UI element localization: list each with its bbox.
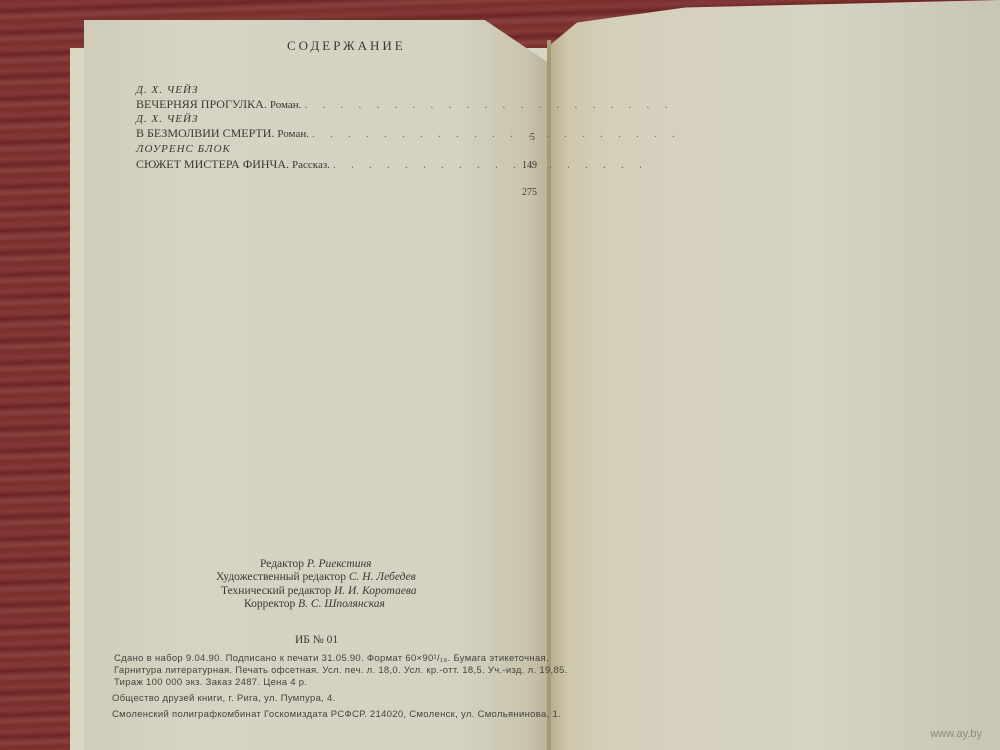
imprint-line-1: Сдано в набор 9.04.90. Подписано к печат… (114, 653, 549, 664)
toc-page-3: 275 (522, 187, 537, 198)
toc-author-2: Д. Х. ЧЕЙЗ (136, 113, 198, 125)
toc-work-2: В БЕЗМОЛВИИ СМЕРТИ. Роман. . . . . . . .… (136, 126, 681, 141)
imprint-printer: Смоленский полиграфкомбинат Госкомиздата… (112, 709, 561, 720)
credit-editor: Редактор Р. Риекстиня (260, 558, 372, 570)
imprint-line-2: Гарнитура литературная. Печать офсетная.… (114, 665, 568, 676)
imprint-line-3: Тираж 100 000 экз. Заказ 2487. Цена 4 р. (114, 677, 307, 688)
right-page-blank (550, 0, 1000, 750)
toc-work-3: СЮЖЕТ МИСТЕРА ФИНЧА. Рассказ. . . . . . … (136, 157, 648, 172)
toc-author-3: ЛОУРЕНС БЛОК (136, 143, 231, 155)
toc-page-2: 149 (522, 160, 537, 171)
toc-author-1: Д. Х. ЧЕЙЗ (136, 84, 198, 96)
book-spine-gutter (547, 40, 551, 750)
toc-page-1: 5 (530, 132, 535, 143)
toc-title: СОДЕРЖАНИЕ (287, 38, 406, 54)
credit-proofreader: Корректор В. С. Шполянская (244, 598, 385, 610)
toc-work-1: ВЕЧЕРНЯЯ ПРОГУЛКА. Роман. . . . . . . . … (136, 97, 673, 112)
ib-number: ИБ № 01 (295, 634, 338, 646)
imprint-publisher: Общество друзей книги, г. Рига, ул. Пумп… (112, 693, 336, 704)
credit-tech-editor: Технический редактор И. И. Коротаева (221, 585, 417, 597)
credit-art-editor: Художественный редактор С. Н. Лебедев (216, 571, 416, 583)
watermark: www.ay.by (930, 728, 982, 740)
